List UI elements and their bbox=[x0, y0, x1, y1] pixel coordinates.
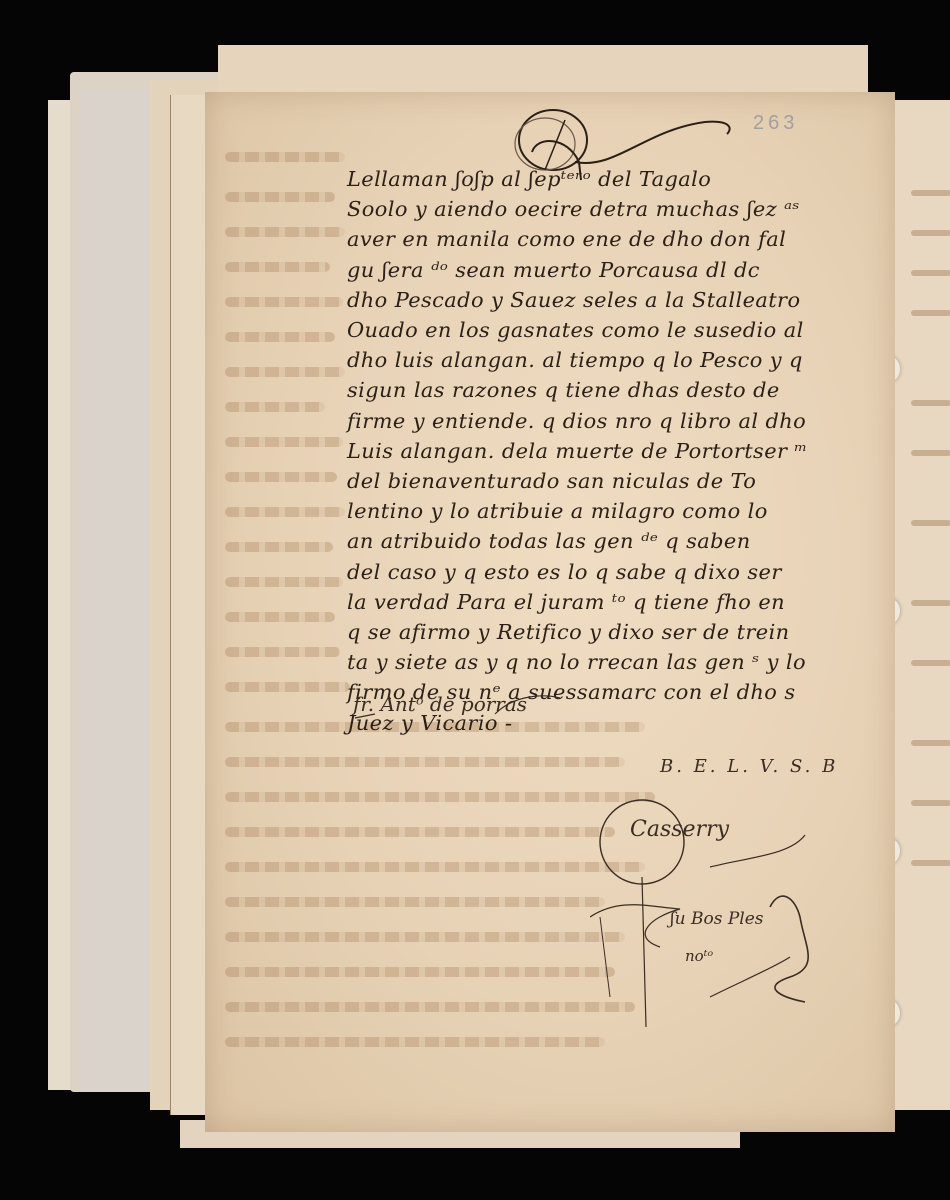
text-line: firme y entiende. q dios nro q libro al … bbox=[347, 406, 898, 436]
text-line: Luis alangan. dela muerte de Portortser … bbox=[347, 436, 898, 466]
text-line: q se afirmo y Retifico y dixo ser de tre… bbox=[347, 617, 898, 647]
text-line: an atribuido todas las gen ᵈᵉ q saben bbox=[347, 526, 898, 556]
signature-rubric-icon bbox=[345, 684, 645, 724]
witness-mark: B. E. L. V. S. B bbox=[660, 756, 838, 777]
text-line: del bienaventurado san niculas de To bbox=[347, 466, 898, 496]
notary-signature: Casserry ʃu Bos Ples noᵗᵒ bbox=[590, 797, 850, 1027]
text-line: aver en manila como ene de dho don fal bbox=[347, 224, 898, 254]
text-line: lentino y lo atribuie a milagro como lo bbox=[347, 496, 898, 526]
text-line: sigun las razones q tiene dhas desto de bbox=[347, 375, 898, 405]
folio-number: 263 bbox=[753, 112, 798, 135]
text-line: Soolo y aiendo oecire detra muchas ʃez ᵃ… bbox=[347, 194, 898, 224]
text-line: del caso y q esto es lo q sabe q dixo se… bbox=[347, 557, 898, 587]
notary-name-upper: Casserry bbox=[630, 817, 729, 842]
text-line: ta y siete as y q no lo rrecan las gen ˢ… bbox=[347, 647, 898, 677]
text-line: Lellaman ʃoʃp al ʃepᵗᵉʳᵒ del Tagalo bbox=[347, 164, 898, 194]
notary-title: noᵗᵒ bbox=[685, 947, 713, 965]
text-line: Ouado en los gasnates como le susedio al bbox=[347, 315, 898, 345]
text-line: dho luis alangan. al tiempo q lo Pesco y… bbox=[347, 345, 898, 375]
manuscript-page: 263 Lellaman ʃoʃp al ʃepᵗᵉʳᵒ del Tagalo … bbox=[205, 92, 895, 1132]
text-line: la verdad Para el juram ᵗᵒ q tiene fho e… bbox=[347, 587, 898, 617]
text-line: gu ʃera ᵈᵒ sean muerto Porcausa dl dc bbox=[347, 255, 898, 285]
text-line: dho Pescado y Sauez seles a la Stalleatr… bbox=[347, 285, 898, 315]
notary-name-middle: ʃu Bos Ples bbox=[670, 909, 763, 929]
manuscript-body: Lellaman ʃoʃp al ʃepᵗᵉʳᵒ del Tagalo Sool… bbox=[347, 164, 887, 738]
